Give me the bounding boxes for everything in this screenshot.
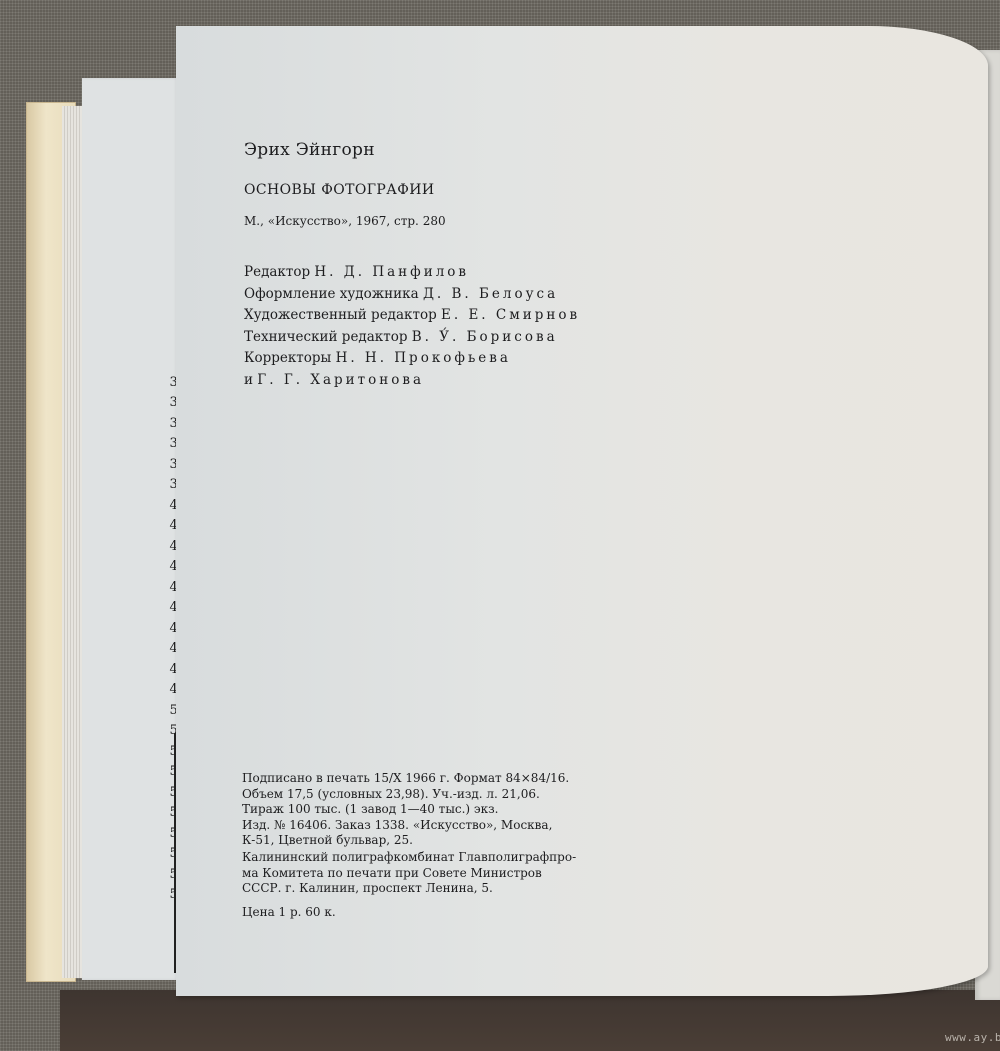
credit-name: Д. В. Белоуса <box>423 286 558 302</box>
book-title: ОСНОВЫ ФОТОГРАФИИ <box>244 182 434 198</box>
credit-line: и Г. Г. Харитонова <box>244 370 580 392</box>
text-line: Объем 17,5 (условных 23,98). Уч.-изд. л.… <box>242 787 569 803</box>
credit-name: Г. Г. Харитонова <box>257 372 424 388</box>
credit-name: Е. Е. Смирнов <box>441 307 580 323</box>
credit-line: Оформление художника Д. В. Белоуса <box>244 284 580 306</box>
book-price: Цена 1 р. 60 к. <box>242 905 336 919</box>
text-line: Калининский полиграфкомбинат Главполигра… <box>242 850 576 866</box>
text-line: Тираж 100 тыс. (1 завод 1—40 тыс.) экз. <box>242 802 569 818</box>
text-line: Подписано в печать 15/X 1966 г. Формат 8… <box>242 771 569 787</box>
credit-role: Редактор <box>244 264 314 280</box>
text-line: Изд. № 16406. Заказ 1338. «Искусство», М… <box>242 818 569 834</box>
publication-info: М., «Искусство», 1967, стр. 280 <box>244 214 446 228</box>
imprint-block: Подписано в печать 15/X 1966 г. Формат 8… <box>242 771 569 849</box>
table-shadow <box>60 990 1000 1051</box>
credit-line: Технический редактор В. У́. Борисова <box>244 327 580 349</box>
watermark: www.ay.by <box>945 1031 1000 1044</box>
page-stack <box>62 106 84 978</box>
text-line: СССР. г. Калинин, проспект Ленина, 5. <box>242 881 576 897</box>
credit-line: Редактор Н. Д. Панфилов <box>244 262 580 284</box>
text-line: К-51, Цветной бульвар, 25. <box>242 833 569 849</box>
printer-block: Калининский полиграфкомбинат Главполигра… <box>242 850 576 897</box>
credit-name: В. У́. Борисова <box>412 329 558 345</box>
credit-line: Корректоры Н. Н. Прокофьева <box>244 348 580 370</box>
credit-line: Художественный редактор Е. Е. Смирнов <box>244 305 580 327</box>
credit-role: и <box>244 372 257 388</box>
book-author: Эрих Эйнгорн <box>244 140 375 160</box>
credit-name: Н. Д. Панфилов <box>314 264 469 280</box>
text-line: ма Комитета по печати при Совете Министр… <box>242 866 576 882</box>
credit-role: Технический редактор <box>244 329 412 345</box>
credits-list: Редактор Н. Д. ПанфиловОформление художн… <box>244 262 580 391</box>
credit-role: Оформление художника <box>244 286 423 302</box>
credit-role: Корректоры <box>244 350 336 366</box>
credit-role: Художественный редактор <box>244 307 441 323</box>
credit-name: Н. Н. Прокофьева <box>336 350 511 366</box>
